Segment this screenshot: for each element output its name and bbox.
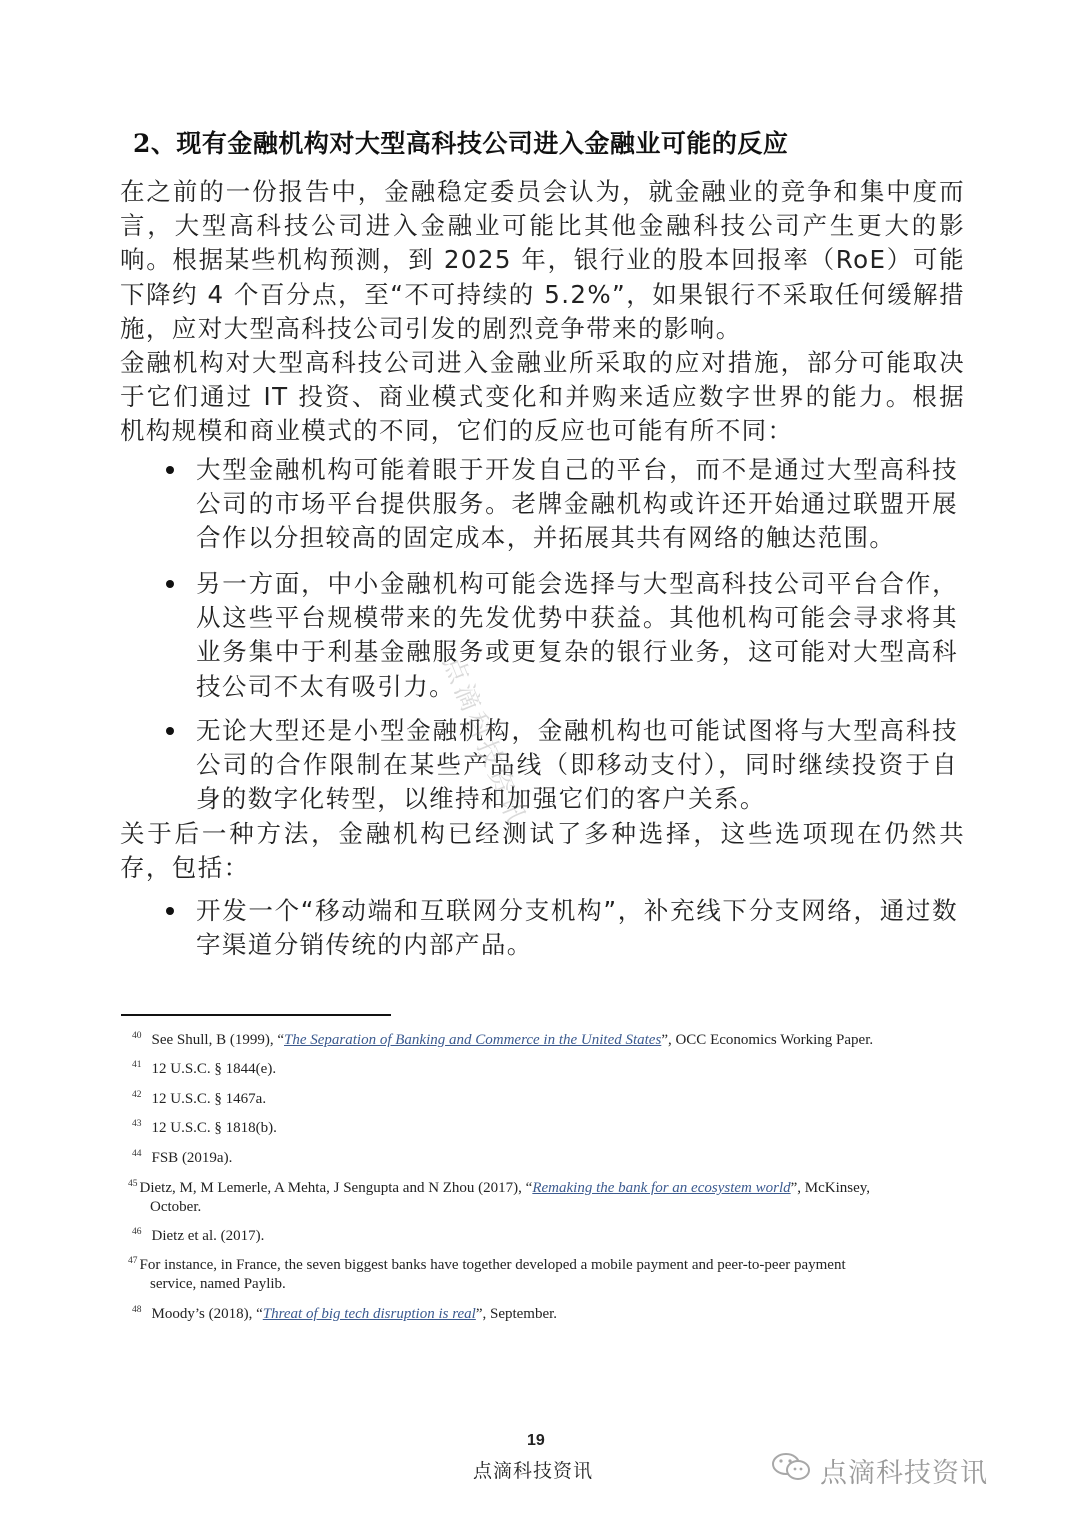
bullet-item-4: 开发一个“移动端和互联网分支机构”，补充线下分支网络，通过数字渠道分销传统的内部… bbox=[196, 894, 958, 962]
wechat-icon bbox=[770, 1450, 814, 1491]
footnote-separator bbox=[121, 1014, 391, 1016]
page-number: 19 bbox=[527, 1432, 545, 1450]
footnote-40: 40See Shull, B (1999), “The Separation o… bbox=[132, 1027, 952, 1050]
footer-brand: 点滴科技资讯 bbox=[473, 1456, 593, 1483]
footnote-link[interactable]: Remaking the bank for an ecosystem world bbox=[532, 1180, 790, 1196]
footnote-link[interactable]: The Separation of Banking and Commerce i… bbox=[284, 1032, 661, 1048]
footnote-44: 44FSB (2019a). bbox=[132, 1145, 952, 1168]
paragraph-2: 金融机构对大型高科技公司进入金融业所采取的应对措施，部分可能取决于它们通过 IT… bbox=[120, 346, 965, 449]
footnote-43: 4312 U.S.C. § 1818(b). bbox=[132, 1115, 952, 1138]
bullet-icon bbox=[166, 466, 174, 474]
bullet-item-1: 大型金融机构可能着眼于开发自己的平台，而不是通过大型高科技公司的市场平台提供服务… bbox=[196, 453, 958, 556]
watermark-text: 点滴科技资讯 bbox=[820, 1451, 988, 1490]
bullet-icon bbox=[166, 727, 174, 735]
footnote-48: 48Moody’s (2018), “Threat of big tech di… bbox=[132, 1301, 952, 1324]
footnote-45: 45Dietz, M, M Lemerle, A Mehta, J Sengup… bbox=[128, 1175, 948, 1217]
paragraph-3: 关于后一种方法，金融机构已经测试了多种选择，这些选项现在仍然共存，包括： bbox=[120, 817, 965, 885]
bullet-text: 另一方面，中小金融机构可能会选择与大型高科技公司平台合作，从这些平台规模带来的先… bbox=[196, 569, 958, 701]
bullet-text: 开发一个“移动端和互联网分支机构”，补充线下分支网络，通过数字渠道分销传统的内部… bbox=[196, 896, 958, 959]
paragraph-1: 在之前的一份报告中，金融稳定委员会认为，就金融业的竞争和集中度而言，大型高科技公… bbox=[120, 175, 965, 346]
bullet-icon bbox=[166, 907, 174, 915]
bullet-item-2: 另一方面，中小金融机构可能会选择与大型高科技公司平台合作，从这些平台规模带来的先… bbox=[196, 567, 958, 704]
bullet-item-3: 无论大型还是小型金融机构，金融机构也可能试图将与大型高科技公司的合作限制在某些产… bbox=[196, 714, 958, 817]
wechat-watermark: 点滴科技资讯 bbox=[770, 1450, 988, 1491]
footnote-link[interactable]: Threat of big tech disruption is real bbox=[263, 1306, 476, 1322]
section-heading: 2、现有金融机构对大型高科技公司进入金融业可能的反应 bbox=[133, 124, 788, 160]
bullet-text: 大型金融机构可能着眼于开发自己的平台，而不是通过大型高科技公司的市场平台提供服务… bbox=[196, 455, 958, 552]
footnote-41: 4112 U.S.C. § 1844(e). bbox=[132, 1056, 952, 1079]
bullet-text: 无论大型还是小型金融机构，金融机构也可能试图将与大型高科技公司的合作限制在某些产… bbox=[196, 716, 958, 813]
footnote-46: 46Dietz et al. (2017). bbox=[132, 1223, 952, 1246]
footnote-47: 47For instance, in France, the seven big… bbox=[128, 1252, 948, 1294]
footnote-42: 4212 U.S.C. § 1467a. bbox=[132, 1086, 952, 1109]
bullet-icon bbox=[166, 580, 174, 588]
